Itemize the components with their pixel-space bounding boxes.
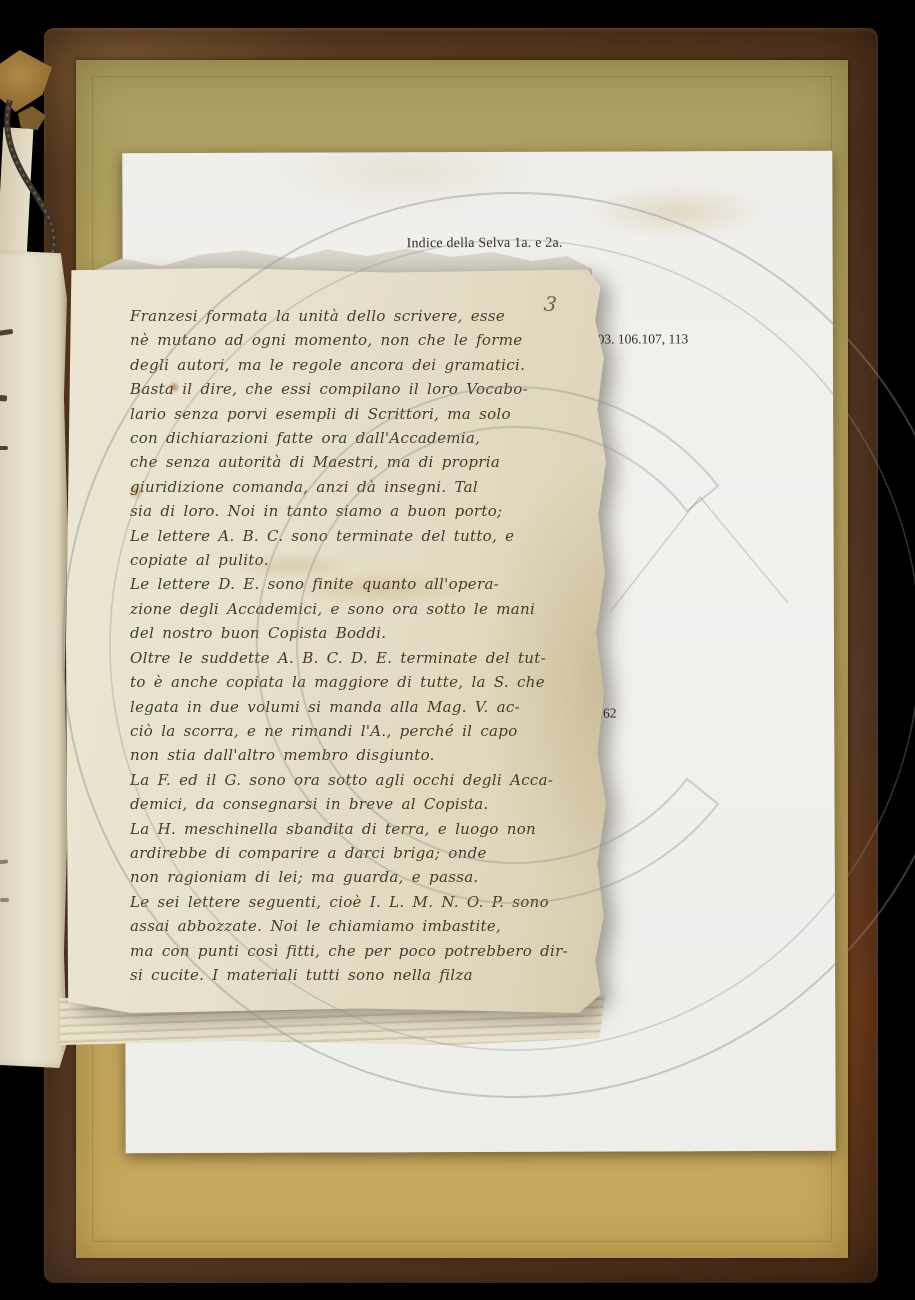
manuscript-line: legata in due volumi si manda alla Mag. …: [130, 695, 570, 719]
manuscript-line: demici, da consegnarsi in breve al Copis…: [130, 792, 570, 816]
manuscript-line: La F. ed il G. sono ora sotto agli occhi…: [130, 768, 570, 792]
manuscript-paper: 3 Franzesi formata la unità dello scrive…: [66, 268, 606, 1013]
manuscript-line: ciò la scorra, e ne rimandi l'A., perché…: [130, 719, 570, 743]
manuscript-line: Le sei lettere seguenti, cioè I. L. M. N…: [130, 890, 570, 914]
previous-leaf-edge: [0, 250, 70, 1068]
manuscript-text: Franzesi formata la unità dello scrivere…: [130, 304, 570, 987]
manuscript-line: lario senza porvi esempli di Scrittori, …: [130, 402, 570, 426]
manuscript-line: del nostro buon Copista Boddi.: [130, 621, 570, 645]
ink-fragment: [0, 329, 13, 336]
ink-fragment: [0, 898, 9, 902]
manuscript-line: Oltre le suddette A. B. C. D. E. termina…: [130, 646, 570, 670]
manuscript-line: zione degli Accademici, e sono ora sotto…: [130, 597, 570, 621]
manuscript-line: to è anche copiata la maggiore di tutte,…: [130, 670, 570, 694]
archival-photo: Indice della Selva 1a. e 2a. 103. 106.10…: [0, 0, 915, 1300]
ink-fragment: [0, 394, 7, 401]
printed-header: Indice della Selva 1a. e 2a.: [407, 236, 563, 253]
manuscript-leaf: 3 Franzesi formata la unità dello scrive…: [66, 268, 606, 1013]
manuscript-line: La H. meschinella sbandita di terra, e l…: [130, 817, 570, 841]
ink-fragment: [0, 859, 8, 864]
manuscript-line: Le lettere A. B. C. sono terminate del t…: [130, 524, 570, 548]
manuscript-line: giuridizione comanda, anzi dà insegni. T…: [130, 475, 570, 499]
manuscript-line: degli autori, ma le regole ancora dei gr…: [130, 353, 570, 377]
manuscript-line: si cucite. I materiali tutti sono nella …: [130, 963, 570, 987]
ink-fragment: [0, 446, 8, 450]
manuscript-line: sia di loro. Noi in tanto siamo a buon p…: [130, 499, 570, 523]
manuscript-line: Le lettere D. E. sono finite quanto all'…: [130, 572, 570, 596]
manuscript-line: con dichiarazioni fatte ora dall'Accadem…: [130, 426, 570, 450]
manuscript-line: assai abbozzate. Noi le chiamiamo imbast…: [130, 914, 570, 938]
manuscript-line: che senza autorità di Maestri, ma di pro…: [130, 450, 570, 474]
manuscript-line: Franzesi formata la unità dello scrivere…: [130, 304, 570, 328]
manuscript-line: Basta il dire, che essi compilano il lor…: [130, 377, 570, 401]
binding-cord: [0, 96, 94, 266]
manuscript-line: non stia dall'altro membro disgiunto.: [130, 743, 570, 767]
manuscript-line: ardirebbe di comparire a darci briga; on…: [130, 841, 570, 865]
manuscript-line: ma con punti così fitti, che per poco po…: [130, 939, 570, 963]
manuscript-line: nè mutano ad ogni momento, non che le fo…: [130, 328, 570, 352]
manuscript-line: non ragioniam di lei; ma guarda, e passa…: [130, 865, 570, 889]
manuscript-line: copiate al pulito.: [130, 548, 570, 572]
